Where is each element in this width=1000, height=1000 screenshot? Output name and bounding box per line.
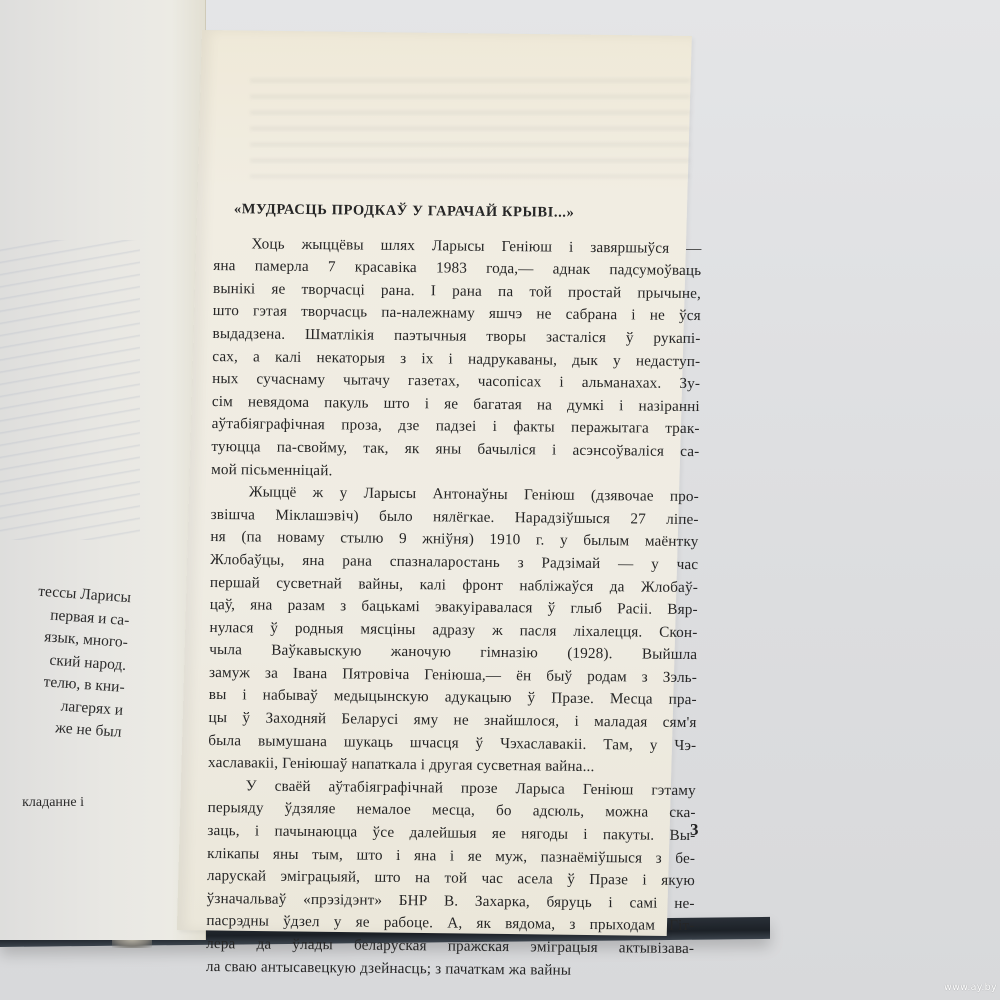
show-through-text (250, 68, 690, 178)
paragraph-lines: Хоць жыццёвы шлях Ларысы Геніюш і завярш… (206, 233, 702, 984)
chapter-title: «МУДРАСЦЬ ПРОДКАЎ У ГАРАЧАЙ КРЫВІ...» (234, 198, 702, 225)
right-page-text: «МУДРАСЦЬ ПРОДКАЎ У ГАРАЧАЙ КРЫВІ...» Хо… (206, 198, 702, 983)
left-page-footer: кладанне і (0, 795, 84, 811)
book-photo: тессы Ларисы первая и са- язык, много- с… (0, 0, 1000, 1000)
page-number: 3 (690, 820, 699, 840)
show-through-illustration (0, 240, 140, 540)
watermark: www.ay.by (944, 982, 997, 993)
left-page-text: тессы Ларисы первая и са- язык, много- с… (0, 578, 132, 744)
